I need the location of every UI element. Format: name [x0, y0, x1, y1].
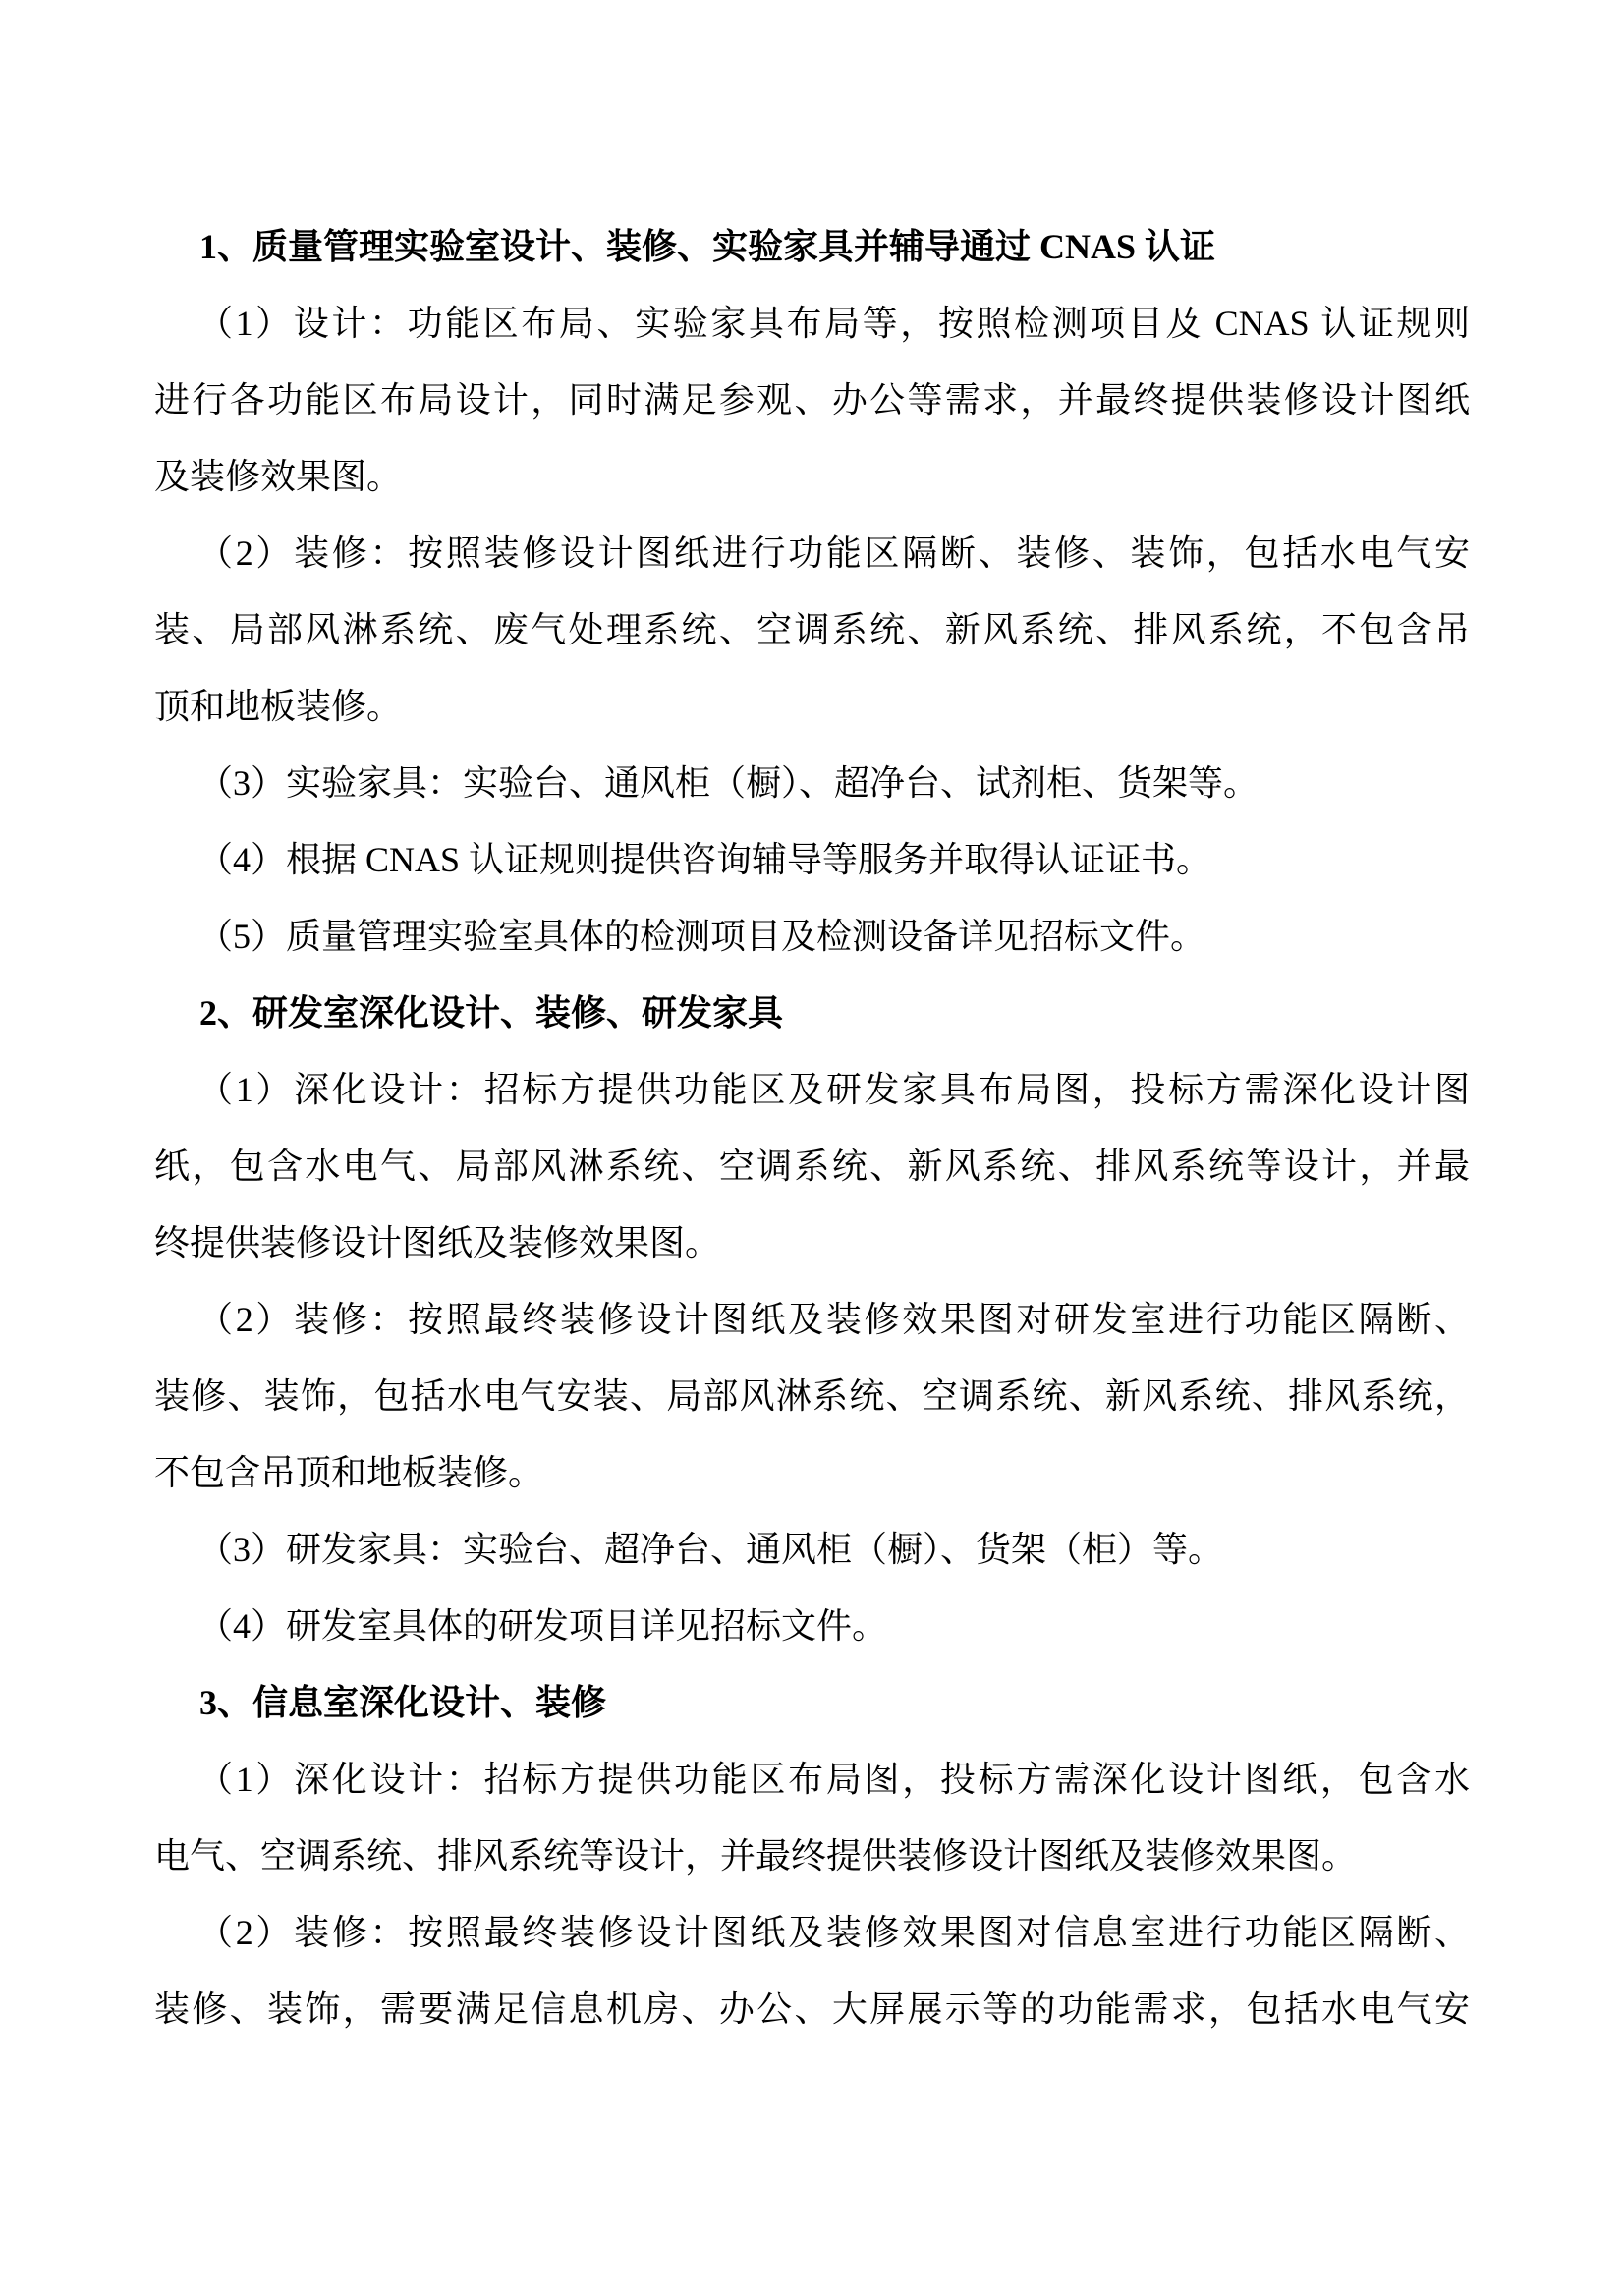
section-heading: 1、质量管理实验室设计、装修、实验家具并辅导通过 CNAS 认证: [154, 208, 1470, 285]
text-line: 装、局部风淋系统、废气处理系统、空调系统、新风系统、排风系统，不包含吊: [154, 591, 1470, 668]
text-line: （3）研发家具：实验台、超净台、通风柜（橱）、货架（柜）等。: [154, 1511, 1470, 1588]
text-line: 及装修效果图。: [154, 438, 1470, 515]
section-heading: 2、研发室深化设计、装修、研发家具: [154, 975, 1470, 1051]
paragraph: （2）装修：按照装修设计图纸进行功能区隔断、装修、装饰，包括水电气安装、局部风淋…: [154, 515, 1470, 745]
text-line: （2）装修：按照最终装修设计图纸及装修效果图对研发室进行功能区隔断、: [154, 1281, 1470, 1358]
text-line: （1）设计：功能区布局、实验家具布局等，按照检测项目及 CNAS 认证规则: [154, 285, 1470, 362]
text-line: （5）质量管理实验室具体的检测项目及检测设备详见招标文件。: [154, 898, 1470, 975]
text-line: （1）深化设计：招标方提供功能区及研发家具布局图，投标方需深化设计图: [154, 1051, 1470, 1128]
document-page: 1、质量管理实验室设计、装修、实验家具并辅导通过 CNAS 认证（1）设计：功能…: [0, 0, 1624, 2296]
text-line: 进行各功能区布局设计，同时满足参观、办公等需求，并最终提供装修设计图纸: [154, 362, 1470, 438]
text-line: 电气、空调系统、排风系统等设计，并最终提供装修设计图纸及装修效果图。: [154, 1818, 1470, 1894]
paragraph: （4）研发室具体的研发项目详见招标文件。: [154, 1588, 1470, 1664]
paragraph: （3）研发家具：实验台、超净台、通风柜（橱）、货架（柜）等。: [154, 1511, 1470, 1588]
text-line: 纸，包含水电气、局部风淋系统、空调系统、新风系统、排风系统等设计，并最: [154, 1128, 1470, 1204]
text-line: （4）根据 CNAS 认证规则提供咨询辅导等服务并取得认证证书。: [154, 821, 1470, 898]
text-line: （2）装修：按照最终装修设计图纸及装修效果图对信息室进行功能区隔断、: [154, 1894, 1470, 1971]
paragraph: （2）装修：按照最终装修设计图纸及装修效果图对信息室进行功能区隔断、装修、装饰，…: [154, 1894, 1470, 2047]
section-heading: 3、信息室深化设计、装修: [154, 1664, 1470, 1741]
text-line: （4）研发室具体的研发项目详见招标文件。: [154, 1588, 1470, 1664]
text-line: （3）实验家具：实验台、通风柜（橱）、超净台、试剂柜、货架等。: [154, 745, 1470, 821]
paragraph: （3）实验家具：实验台、通风柜（橱）、超净台、试剂柜、货架等。: [154, 745, 1470, 821]
text-line: 不包含吊顶和地板装修。: [154, 1434, 1470, 1511]
document-body: 1、质量管理实验室设计、装修、实验家具并辅导通过 CNAS 认证（1）设计：功能…: [154, 208, 1470, 2047]
paragraph: （1）设计：功能区布局、实验家具布局等，按照检测项目及 CNAS 认证规则进行各…: [154, 285, 1470, 515]
text-line: 装修、装饰，包括水电气安装、局部风淋系统、空调系统、新风系统、排风系统，: [154, 1358, 1470, 1434]
paragraph: （1）深化设计：招标方提供功能区及研发家具布局图，投标方需深化设计图纸，包含水电…: [154, 1051, 1470, 1281]
paragraph: （2）装修：按照最终装修设计图纸及装修效果图对研发室进行功能区隔断、装修、装饰，…: [154, 1281, 1470, 1511]
text-line: （1）深化设计：招标方提供功能区布局图，投标方需深化设计图纸，包含水: [154, 1741, 1470, 1818]
paragraph: （5）质量管理实验室具体的检测项目及检测设备详见招标文件。: [154, 898, 1470, 975]
paragraph: （4）根据 CNAS 认证规则提供咨询辅导等服务并取得认证证书。: [154, 821, 1470, 898]
text-line: 装修、装饰，需要满足信息机房、办公、大屏展示等的功能需求，包括水电气安: [154, 1971, 1470, 2047]
text-line: 终提供装修设计图纸及装修效果图。: [154, 1204, 1470, 1281]
paragraph: （1）深化设计：招标方提供功能区布局图，投标方需深化设计图纸，包含水电气、空调系…: [154, 1741, 1470, 1894]
text-line: （2）装修：按照装修设计图纸进行功能区隔断、装修、装饰，包括水电气安: [154, 515, 1470, 591]
text-line: 顶和地板装修。: [154, 668, 1470, 745]
